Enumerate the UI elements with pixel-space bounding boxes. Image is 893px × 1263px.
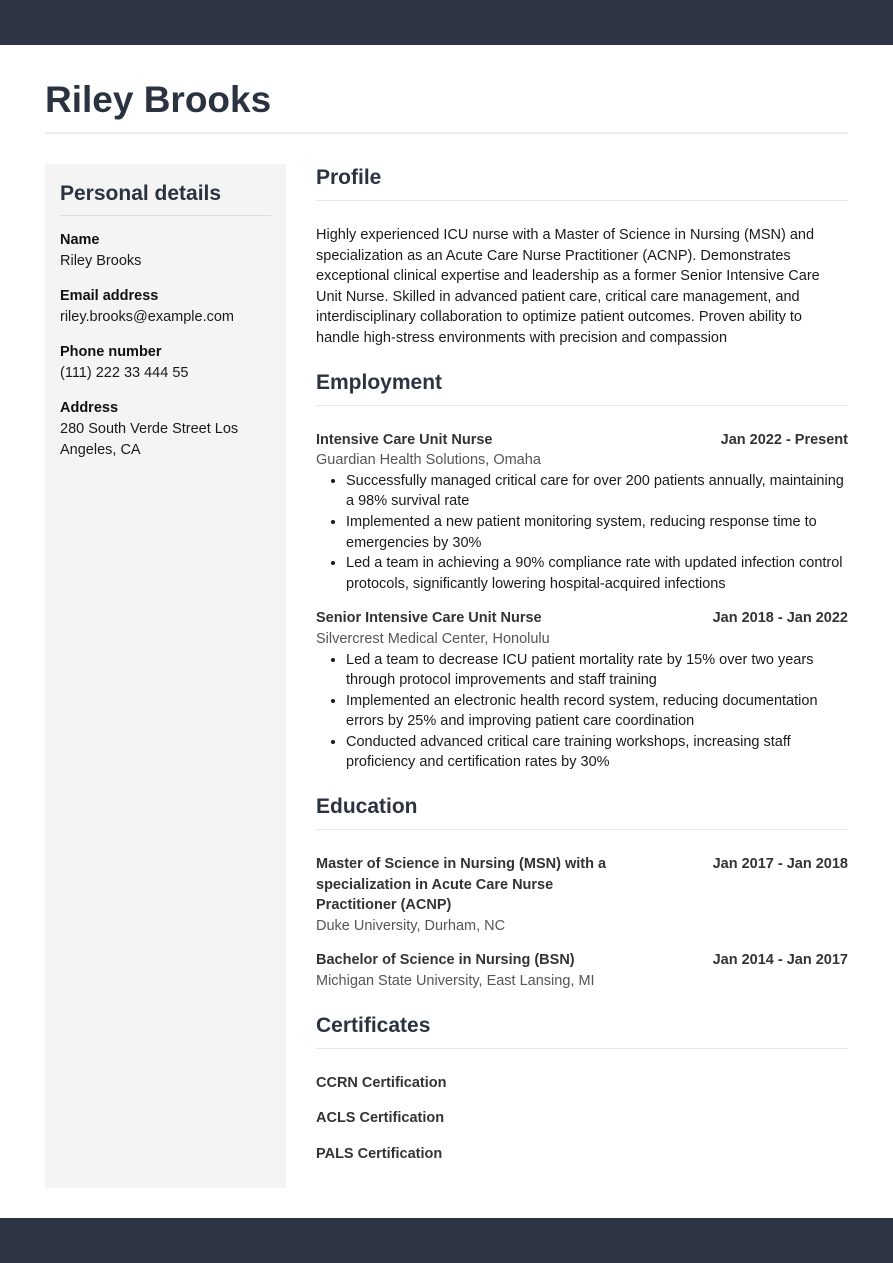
detail-email: Email address riley.brooks@example.com [60, 286, 271, 328]
job-bullets: Successfully managed critical care for o… [316, 471, 848, 595]
employment-title: Employment [316, 369, 848, 397]
personal-details-title: Personal details [60, 180, 271, 208]
bullet-item: Led a team to decrease ICU patient morta… [346, 650, 848, 691]
detail-address: Address 280 South Verde Street Los Angel… [60, 398, 271, 461]
school-name: Duke University, Durham, NC [316, 916, 848, 937]
certificate-item: PALS Certification [316, 1144, 848, 1165]
job-company: Guardian Health Solutions, Omaha [316, 450, 848, 471]
profile-text: Highly experienced ICU nurse with a Mast… [316, 225, 848, 349]
bottom-bar [0, 1218, 893, 1263]
detail-value: 280 South Verde Street Los Angeles, CA [60, 419, 271, 461]
degree-title: Master of Science in Nursing (MSN) with … [316, 854, 636, 916]
section-divider [316, 829, 848, 830]
detail-phone: Phone number (111) 222 33 444 55 [60, 342, 271, 384]
detail-label: Address [60, 398, 271, 419]
bullet-item: Implemented an electronic health record … [346, 691, 848, 732]
job-title: Intensive Care Unit Nurse [316, 430, 492, 451]
personal-details-divider [60, 215, 271, 216]
detail-value: riley.brooks@example.com [60, 307, 271, 328]
education-entry: Bachelor of Science in Nursing (BSN) Jan… [316, 950, 848, 991]
detail-label: Name [60, 230, 271, 251]
job-dates: Jan 2022 - Present [721, 430, 848, 451]
profile-section: Profile Highly experienced ICU nurse wit… [316, 164, 848, 349]
job-entry: Senior Intensive Care Unit Nurse Jan 201… [316, 608, 848, 773]
employment-section: Employment Intensive Care Unit Nurse Jan… [316, 369, 848, 774]
bullet-item: Successfully managed critical care for o… [346, 471, 848, 512]
personal-details-panel: Personal details Name Riley Brooks Email… [45, 164, 286, 1188]
education-entry: Master of Science in Nursing (MSN) with … [316, 854, 848, 936]
school-name: Michigan State University, East Lansing,… [316, 971, 848, 992]
job-entry: Intensive Care Unit Nurse Jan 2022 - Pre… [316, 430, 848, 595]
certificate-item: ACLS Certification [316, 1108, 848, 1129]
section-divider [316, 200, 848, 201]
job-dates: Jan 2018 - Jan 2022 [713, 608, 848, 629]
main-content: Profile Highly experienced ICU nurse wit… [316, 164, 848, 1184]
bullet-item: Implemented a new patient monitoring sys… [346, 512, 848, 553]
certificate-item: CCRN Certification [316, 1073, 848, 1094]
detail-label: Phone number [60, 342, 271, 363]
job-bullets: Led a team to decrease ICU patient morta… [316, 650, 848, 774]
detail-label: Email address [60, 286, 271, 307]
top-bar [0, 0, 893, 45]
bullet-item: Conducted advanced critical care trainin… [346, 732, 848, 773]
education-title: Education [316, 793, 848, 821]
name-divider [45, 132, 848, 134]
profile-title: Profile [316, 164, 848, 192]
degree-dates: Jan 2017 - Jan 2018 [713, 854, 848, 875]
resume-name: Riley Brooks [45, 78, 271, 122]
degree-title: Bachelor of Science in Nursing (BSN) [316, 950, 575, 971]
certificates-title: Certificates [316, 1012, 848, 1040]
section-divider [316, 405, 848, 406]
education-section: Education Master of Science in Nursing (… [316, 793, 848, 992]
detail-value: Riley Brooks [60, 251, 271, 272]
bullet-item: Led a team in achieving a 90% compliance… [346, 553, 848, 594]
degree-dates: Jan 2014 - Jan 2017 [713, 950, 848, 971]
job-title: Senior Intensive Care Unit Nurse [316, 608, 542, 629]
certificates-section: Certificates CCRN Certification ACLS Cer… [316, 1012, 848, 1165]
section-divider [316, 1048, 848, 1049]
detail-value: (111) 222 33 444 55 [60, 363, 271, 384]
detail-name: Name Riley Brooks [60, 230, 271, 272]
job-company: Silvercrest Medical Center, Honolulu [316, 629, 848, 650]
